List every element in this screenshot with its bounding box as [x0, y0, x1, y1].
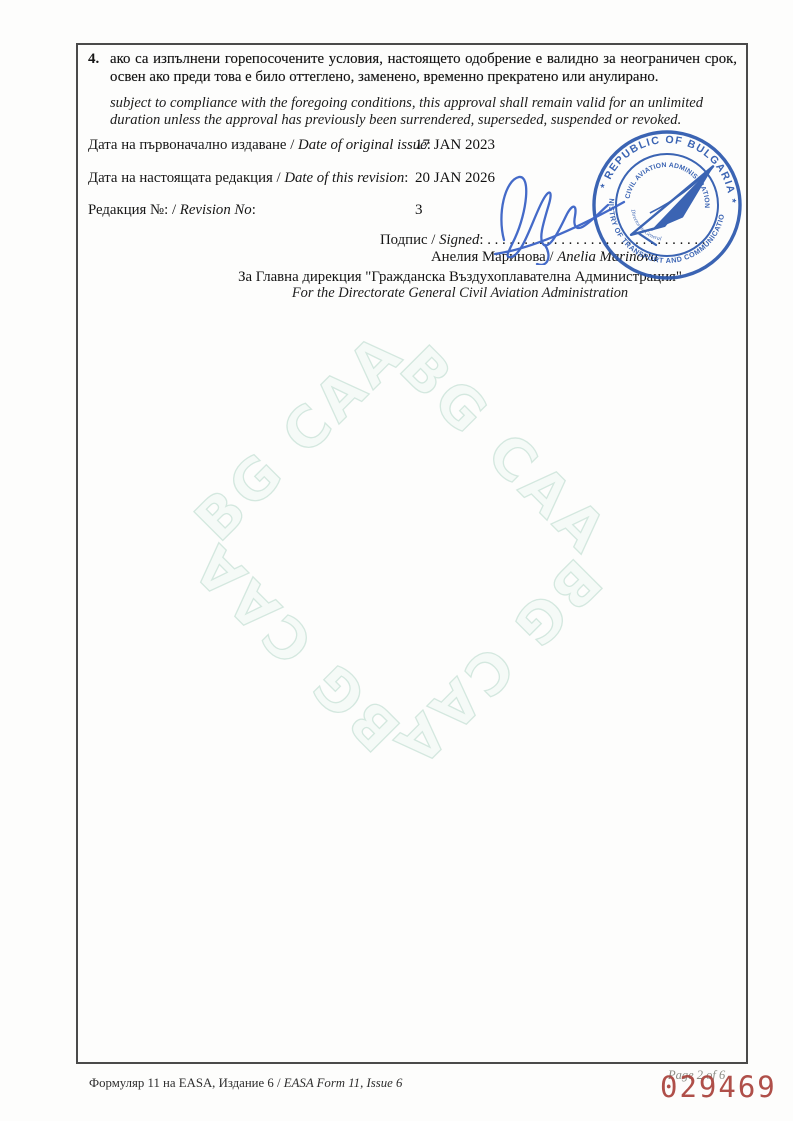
- signed-label-bg: Подпис: [380, 232, 428, 248]
- field-label-bg: Редакция №:: [88, 202, 168, 218]
- form-reference-bg: Формуляр 11 на EASA, Издание 6: [89, 1076, 274, 1090]
- form-reference: Формуляр 11 на EASA, Издание 6 / EASA Fo…: [89, 1076, 402, 1091]
- signature-ink-icon: [488, 160, 633, 265]
- field-revision-number: Редакция №: / Revision No: 3: [88, 202, 256, 219]
- colon: :: [252, 202, 256, 218]
- clause-text-bulgarian: ако са изпълнени горепосочените условия,…: [110, 51, 737, 87]
- signed-label-en: Signed: [439, 232, 479, 248]
- separator: /: [287, 137, 299, 153]
- field-label-en: Date of original issue: [298, 137, 427, 153]
- field-label-en: Revision No: [180, 202, 252, 218]
- clause-number: 4.: [88, 51, 110, 130]
- field-label-bg: Дата на първоначално издаване: [88, 137, 287, 153]
- field-value-original-issue-date: 17 JAN 2023: [415, 137, 495, 154]
- handwritten-signature: [488, 160, 633, 265]
- colon: :: [404, 170, 408, 186]
- document-page: BG CAA BG CAA BG CAA BG CAA 4. ако са из…: [0, 0, 793, 1121]
- separator: /: [168, 202, 180, 218]
- field-label-en: Date of this revision: [284, 170, 404, 186]
- field-date-of-original-issue: Дата на първоначално издаване / Date of …: [88, 137, 431, 154]
- serial-number: 029469: [660, 1070, 777, 1104]
- separator: /: [428, 232, 440, 248]
- separator: /: [273, 170, 285, 186]
- field-value-revision-date: 20 JAN 2026: [415, 170, 495, 187]
- separator: /: [274, 1076, 284, 1090]
- form-reference-en: EASA Form 11, Issue 6: [284, 1076, 403, 1090]
- clause-4: 4. ако са изпълнени горепосочените услов…: [88, 51, 736, 130]
- field-date-of-this-revision: Дата на настоящата редакция / Date of th…: [88, 170, 408, 187]
- field-label-bg: Дата на настоящата редакция: [88, 170, 273, 186]
- authority-line-english: For the Directorate General Civil Aviati…: [230, 286, 690, 302]
- field-value-revision-number: 3: [415, 202, 423, 219]
